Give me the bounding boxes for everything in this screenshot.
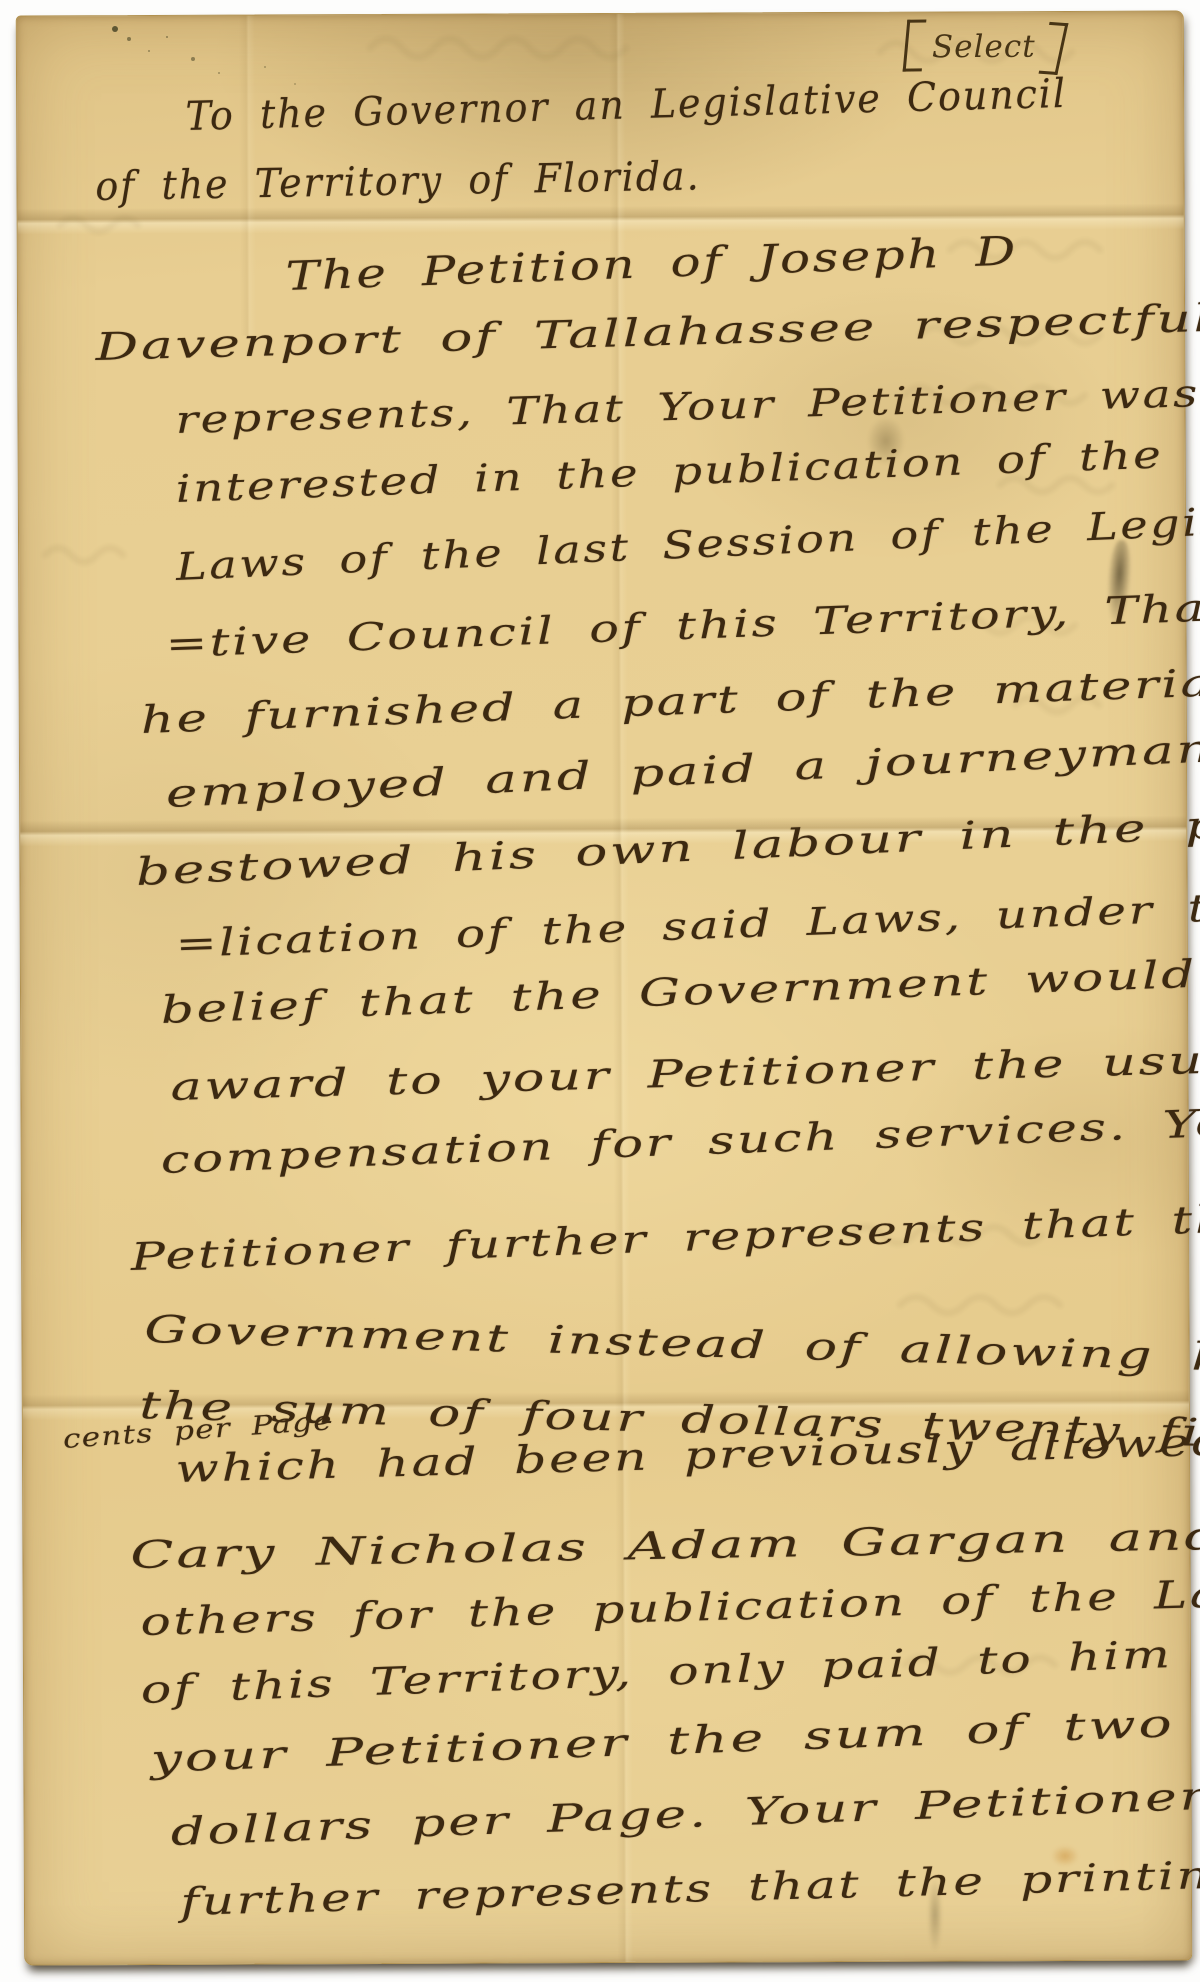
select-annotation: Select [885,18,1082,76]
document-scan: Select To the Governor an Legislative Co… [0,0,1200,1982]
select-annotation-text: Select [924,29,1044,66]
